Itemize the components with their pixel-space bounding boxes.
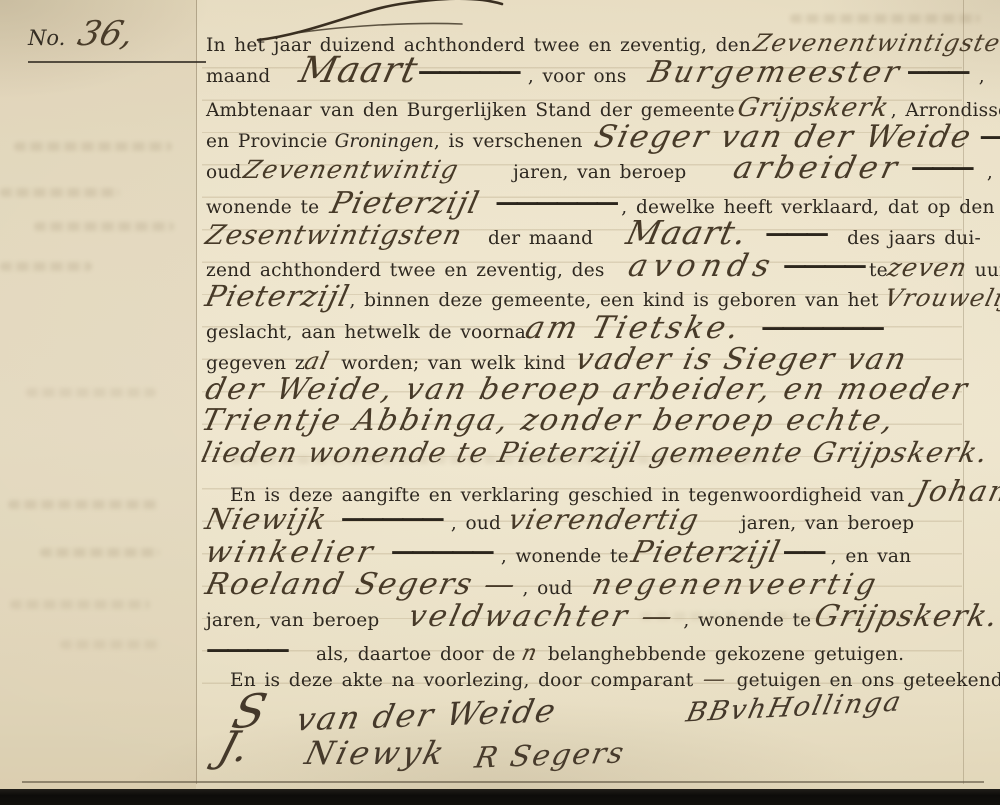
paper-page: No.36, In het jaar duizend achthonderd t… xyxy=(0,0,1000,789)
printed-text: wonende te xyxy=(206,197,319,218)
printed-text: worden; van welk kind xyxy=(341,353,565,374)
doc-line: maandMaart—————, voor onsBurgemeester———… xyxy=(206,58,964,94)
handwritten-text: Zevenentwintigsten xyxy=(751,30,1000,56)
bleedthrough-smudge xyxy=(8,500,158,509)
handwritten-text: winkelier xyxy=(203,540,378,566)
handwritten-text: Zevenentwintig xyxy=(240,157,460,183)
handwritten-text: am Tietske. xyxy=(523,315,744,341)
handwritten-text: n xyxy=(519,641,540,667)
handwritten-text: veldwachter — xyxy=(406,604,678,630)
handwritten-text: zeven xyxy=(885,255,970,281)
printed-text: oud xyxy=(206,162,242,183)
printed-text: maand xyxy=(206,66,270,87)
handwritten-text: vader is Sieger van xyxy=(573,347,910,373)
handwritten-text: Pieterzijl xyxy=(328,191,482,217)
fill-line: —— xyxy=(979,121,1000,150)
fill-line: —— xyxy=(783,536,823,565)
handwritten-text: negenenveertig xyxy=(590,571,882,597)
handwritten-text: Trientje Abbinga, zonder beroep echte, xyxy=(199,408,898,434)
printed-text: jaren, van beroep xyxy=(741,513,914,534)
handwritten-text: Sieger van der Weide xyxy=(592,124,975,150)
printed-text: , voor ons xyxy=(528,66,627,87)
fill-line: —————— xyxy=(495,187,615,216)
printed-text: gegeven z xyxy=(206,353,305,374)
printed-text: en Provincie xyxy=(206,131,328,152)
handwritten-text: vierendertig xyxy=(506,507,702,533)
signature-initial-j: J. xyxy=(213,722,258,771)
fill-line: ————— xyxy=(341,503,441,532)
printed-text: jaren, van beroep xyxy=(513,162,686,183)
printed-italic-text: Groningen xyxy=(335,131,434,152)
page-bottom-edge xyxy=(22,781,984,783)
printed-text: , xyxy=(979,66,985,87)
printed-text: In het jaar duizend achthonderd twee en … xyxy=(206,35,751,56)
handwritten-text: lieden wonende te Pieterzijl gemeente Gr… xyxy=(199,440,991,466)
printed-text: als, daartoe door de xyxy=(316,644,515,665)
handwritten-text: Pieterzijl xyxy=(203,283,352,309)
bleedthrough-smudge xyxy=(60,640,160,649)
fill-line: ————— xyxy=(418,56,518,85)
birth-certificate-scan: No.36, In het jaar duizend achthonderd t… xyxy=(0,0,1000,805)
printed-text: belanghebbende gekozene getuigen. xyxy=(548,644,904,665)
fill-line: ———— xyxy=(206,634,286,663)
printed-text: , en van xyxy=(831,546,912,567)
bleedthrough-smudge xyxy=(34,222,174,231)
fill-line: —————— xyxy=(761,312,881,341)
handwritten-text: Burgemeester xyxy=(646,60,904,86)
signature-witness-1: Niewyk xyxy=(301,734,451,772)
act-number-block: No.36, xyxy=(28,14,133,54)
printed-text: Ambtenaar van den Burgerlijken Stand der… xyxy=(206,100,735,121)
handwritten-text: Pieterzijl xyxy=(629,540,783,566)
handwritten-text: Grijpskerk xyxy=(735,95,892,121)
bleedthrough-smudge xyxy=(790,14,980,23)
printed-text: , oud xyxy=(522,578,572,599)
fill-line: ———— xyxy=(783,250,863,279)
handwritten-text: der Weide, van beroep arbeider, en moede… xyxy=(203,377,972,403)
margin-rule-line xyxy=(196,0,197,784)
printed-text: , wonende te xyxy=(501,546,629,567)
printed-text: uur, te xyxy=(975,260,1000,281)
handwritten-text: Maart xyxy=(297,58,420,84)
act-number-label: No. xyxy=(28,26,65,50)
bleedthrough-smudge xyxy=(0,188,120,197)
handwritten-text: Johannes xyxy=(913,478,1000,504)
fill-line: ——— xyxy=(907,56,967,85)
printed-text: des jaars dui- xyxy=(847,228,981,249)
act-number-value: 36, xyxy=(74,14,139,54)
printed-text: , wonende te xyxy=(683,610,811,631)
handwritten-text: Zesentwintigsten xyxy=(203,223,465,249)
printed-text: zend achthonderd twee en zeventig, des xyxy=(206,260,605,281)
doc-line: oudZevenentwintigjaren, van beroeparbeid… xyxy=(206,155,964,191)
printed-text: jaren, van beroep xyxy=(206,610,379,631)
signature-declarant: van der Weide xyxy=(293,692,561,739)
printed-text: der maand xyxy=(488,228,593,249)
scan-background-band xyxy=(0,789,1000,805)
printed-text: geslacht, aan hetwelk de voorna xyxy=(206,322,526,343)
bleedthrough-smudge xyxy=(26,388,156,397)
handwritten-text: — xyxy=(700,667,729,693)
handwritten-text: Roeland Segers — xyxy=(203,572,519,598)
bleedthrough-smudge xyxy=(40,548,160,557)
handwritten-text: Grijpskerk. xyxy=(812,604,1000,630)
printed-text: , Arrondissement xyxy=(891,100,1000,121)
printed-text: En is deze akte na voorlezing, door comp… xyxy=(230,670,693,691)
doc-line: jaren, van beroepveldwachter —, wonende … xyxy=(206,604,964,640)
printed-text: , is verschenen xyxy=(434,131,583,152)
bleedthrough-smudge xyxy=(14,142,172,151)
signature-witness-2: R Segers xyxy=(472,735,628,774)
handwritten-text: avonds xyxy=(626,253,778,279)
bleedthrough-smudge xyxy=(10,600,150,609)
handwritten-text: arbeider xyxy=(731,155,903,181)
doc-line: lieden wonende te Pieterzijl gemeente Gr… xyxy=(202,440,960,476)
act-number-underline xyxy=(28,61,206,63)
fill-line: ——— xyxy=(765,218,825,247)
fill-line: ——— xyxy=(911,152,971,181)
handwritten-text: Vrouwelijk xyxy=(882,285,1000,311)
handwritten-text: Niewijk xyxy=(203,506,330,532)
bleedthrough-smudge xyxy=(0,262,92,271)
printed-text: , oud xyxy=(451,513,501,534)
printed-text: , xyxy=(987,162,993,183)
handwritten-text: al xyxy=(302,348,332,374)
fill-line: ————— xyxy=(391,536,491,565)
printed-text: , binnen deze gemeente, een kind is gebo… xyxy=(349,290,878,311)
handwritten-text: Maart. xyxy=(624,220,750,246)
